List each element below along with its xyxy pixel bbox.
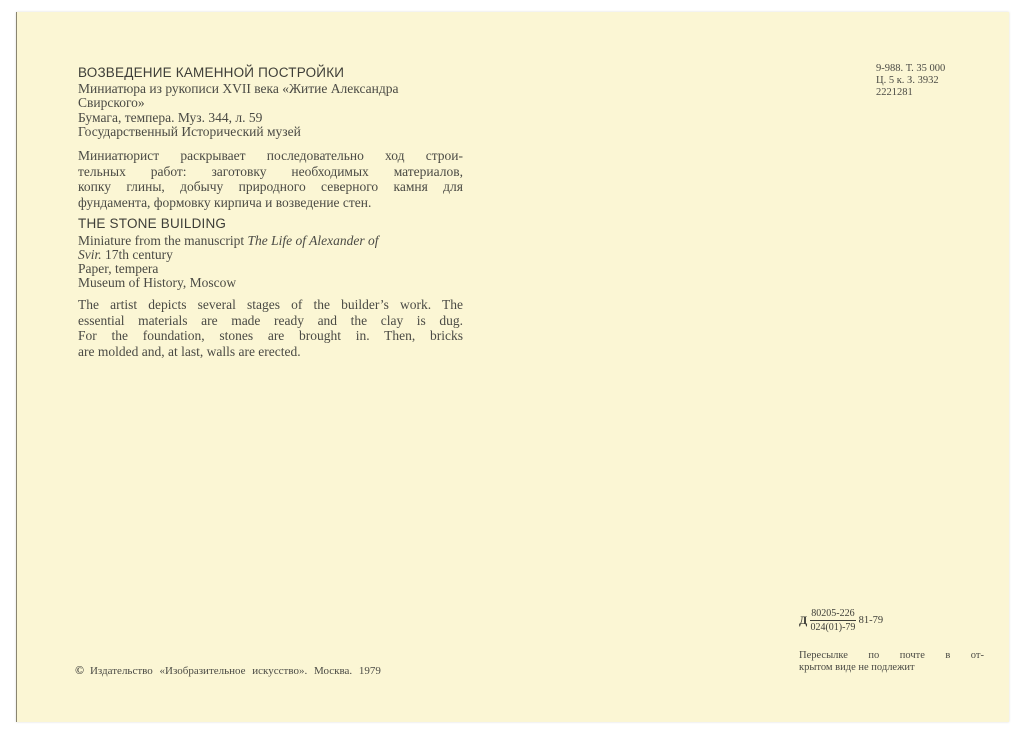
english-description: The artist depicts several stages of the…: [78, 297, 463, 359]
russian-description-line: фундамента, формовку кирпича и возведени…: [78, 195, 463, 211]
print-info-line: Ц. 5 к. З. 3932: [876, 75, 945, 87]
print-info-line: 9-988. Т. 35 000: [876, 63, 945, 75]
english-description-line: are molded and, at last, walls are erect…: [78, 344, 463, 360]
russian-meta-line: Свирского»: [78, 96, 463, 110]
english-meta-line: Museum of History, Moscow: [78, 276, 463, 290]
russian-meta: Миниатюра из рукописи XVII века «Житие А…: [78, 82, 463, 139]
postal-note: Пересылке по почте в от- крытом виде не …: [799, 650, 984, 674]
russian-description: Миниатюрист раскрывает последовательно х…: [78, 148, 463, 210]
postal-code: Д 80205-226 024(01)-79 81-79: [799, 608, 883, 633]
russian-meta-line: Государственный Исторический музей: [78, 125, 463, 139]
english-meta-line: Svir. 17th century: [78, 248, 463, 262]
postal-code-numerator: 80205-226: [810, 608, 855, 621]
copyright-icon: ©: [75, 663, 84, 677]
english-description-line: The artist depicts several stages of the…: [78, 297, 463, 313]
century: 17th century: [102, 247, 173, 262]
postal-code-denominator: 024(01)-79: [810, 621, 855, 633]
manuscript-title-end: Svir.: [78, 247, 102, 262]
copyright: ©Издательство «Изобразительное искусство…: [75, 663, 381, 678]
russian-meta-line: Миниатюра из рукописи XVII века «Житие А…: [78, 82, 463, 96]
english-meta: Miniature from the manuscript The Life o…: [78, 234, 463, 290]
postal-code-suffix: 81-79: [859, 615, 884, 626]
russian-meta-line: Бумага, темпера. Муз. 344, л. 59: [78, 111, 463, 125]
postal-note-line: Пересылке по почте в от-: [799, 650, 984, 662]
english-title: THE STONE BUILDING: [78, 216, 463, 231]
manuscript-title: The Life of Alexander of: [247, 233, 378, 248]
english-meta-line: Miniature from the manuscript The Life o…: [78, 234, 463, 248]
postal-code-letter: Д: [799, 613, 807, 628]
russian-description-line: Миниатюрист раскрывает последовательно х…: [78, 148, 463, 164]
postcard-back: ВОЗВЕДЕНИЕ КАМЕННОЙ ПОСТРОЙКИ Миниатюра …: [16, 12, 1009, 722]
english-meta-prefix: Miniature from the manuscript: [78, 233, 247, 248]
english-description-line: For the foundation, stones are brought i…: [78, 328, 463, 344]
print-info: 9-988. Т. 35 000 Ц. 5 к. З. 3932 2221281: [876, 63, 945, 99]
print-info-line: 2221281: [876, 87, 945, 99]
russian-title: ВОЗВЕДЕНИЕ КАМЕННОЙ ПОСТРОЙКИ: [78, 65, 463, 80]
russian-description-line: копку глины, добычу природного северного…: [78, 179, 463, 195]
english-description-line: essential materials are made ready and t…: [78, 313, 463, 329]
publisher-text: Издательство «Изобразительное искусство»…: [90, 665, 381, 677]
english-meta-line: Paper, tempera: [78, 262, 463, 276]
postal-note-line: крытом виде не подлежит: [799, 662, 984, 674]
russian-description-line: тельных работ: заготовку необходимых мат…: [78, 164, 463, 180]
postal-code-fraction: 80205-226 024(01)-79: [810, 608, 855, 633]
